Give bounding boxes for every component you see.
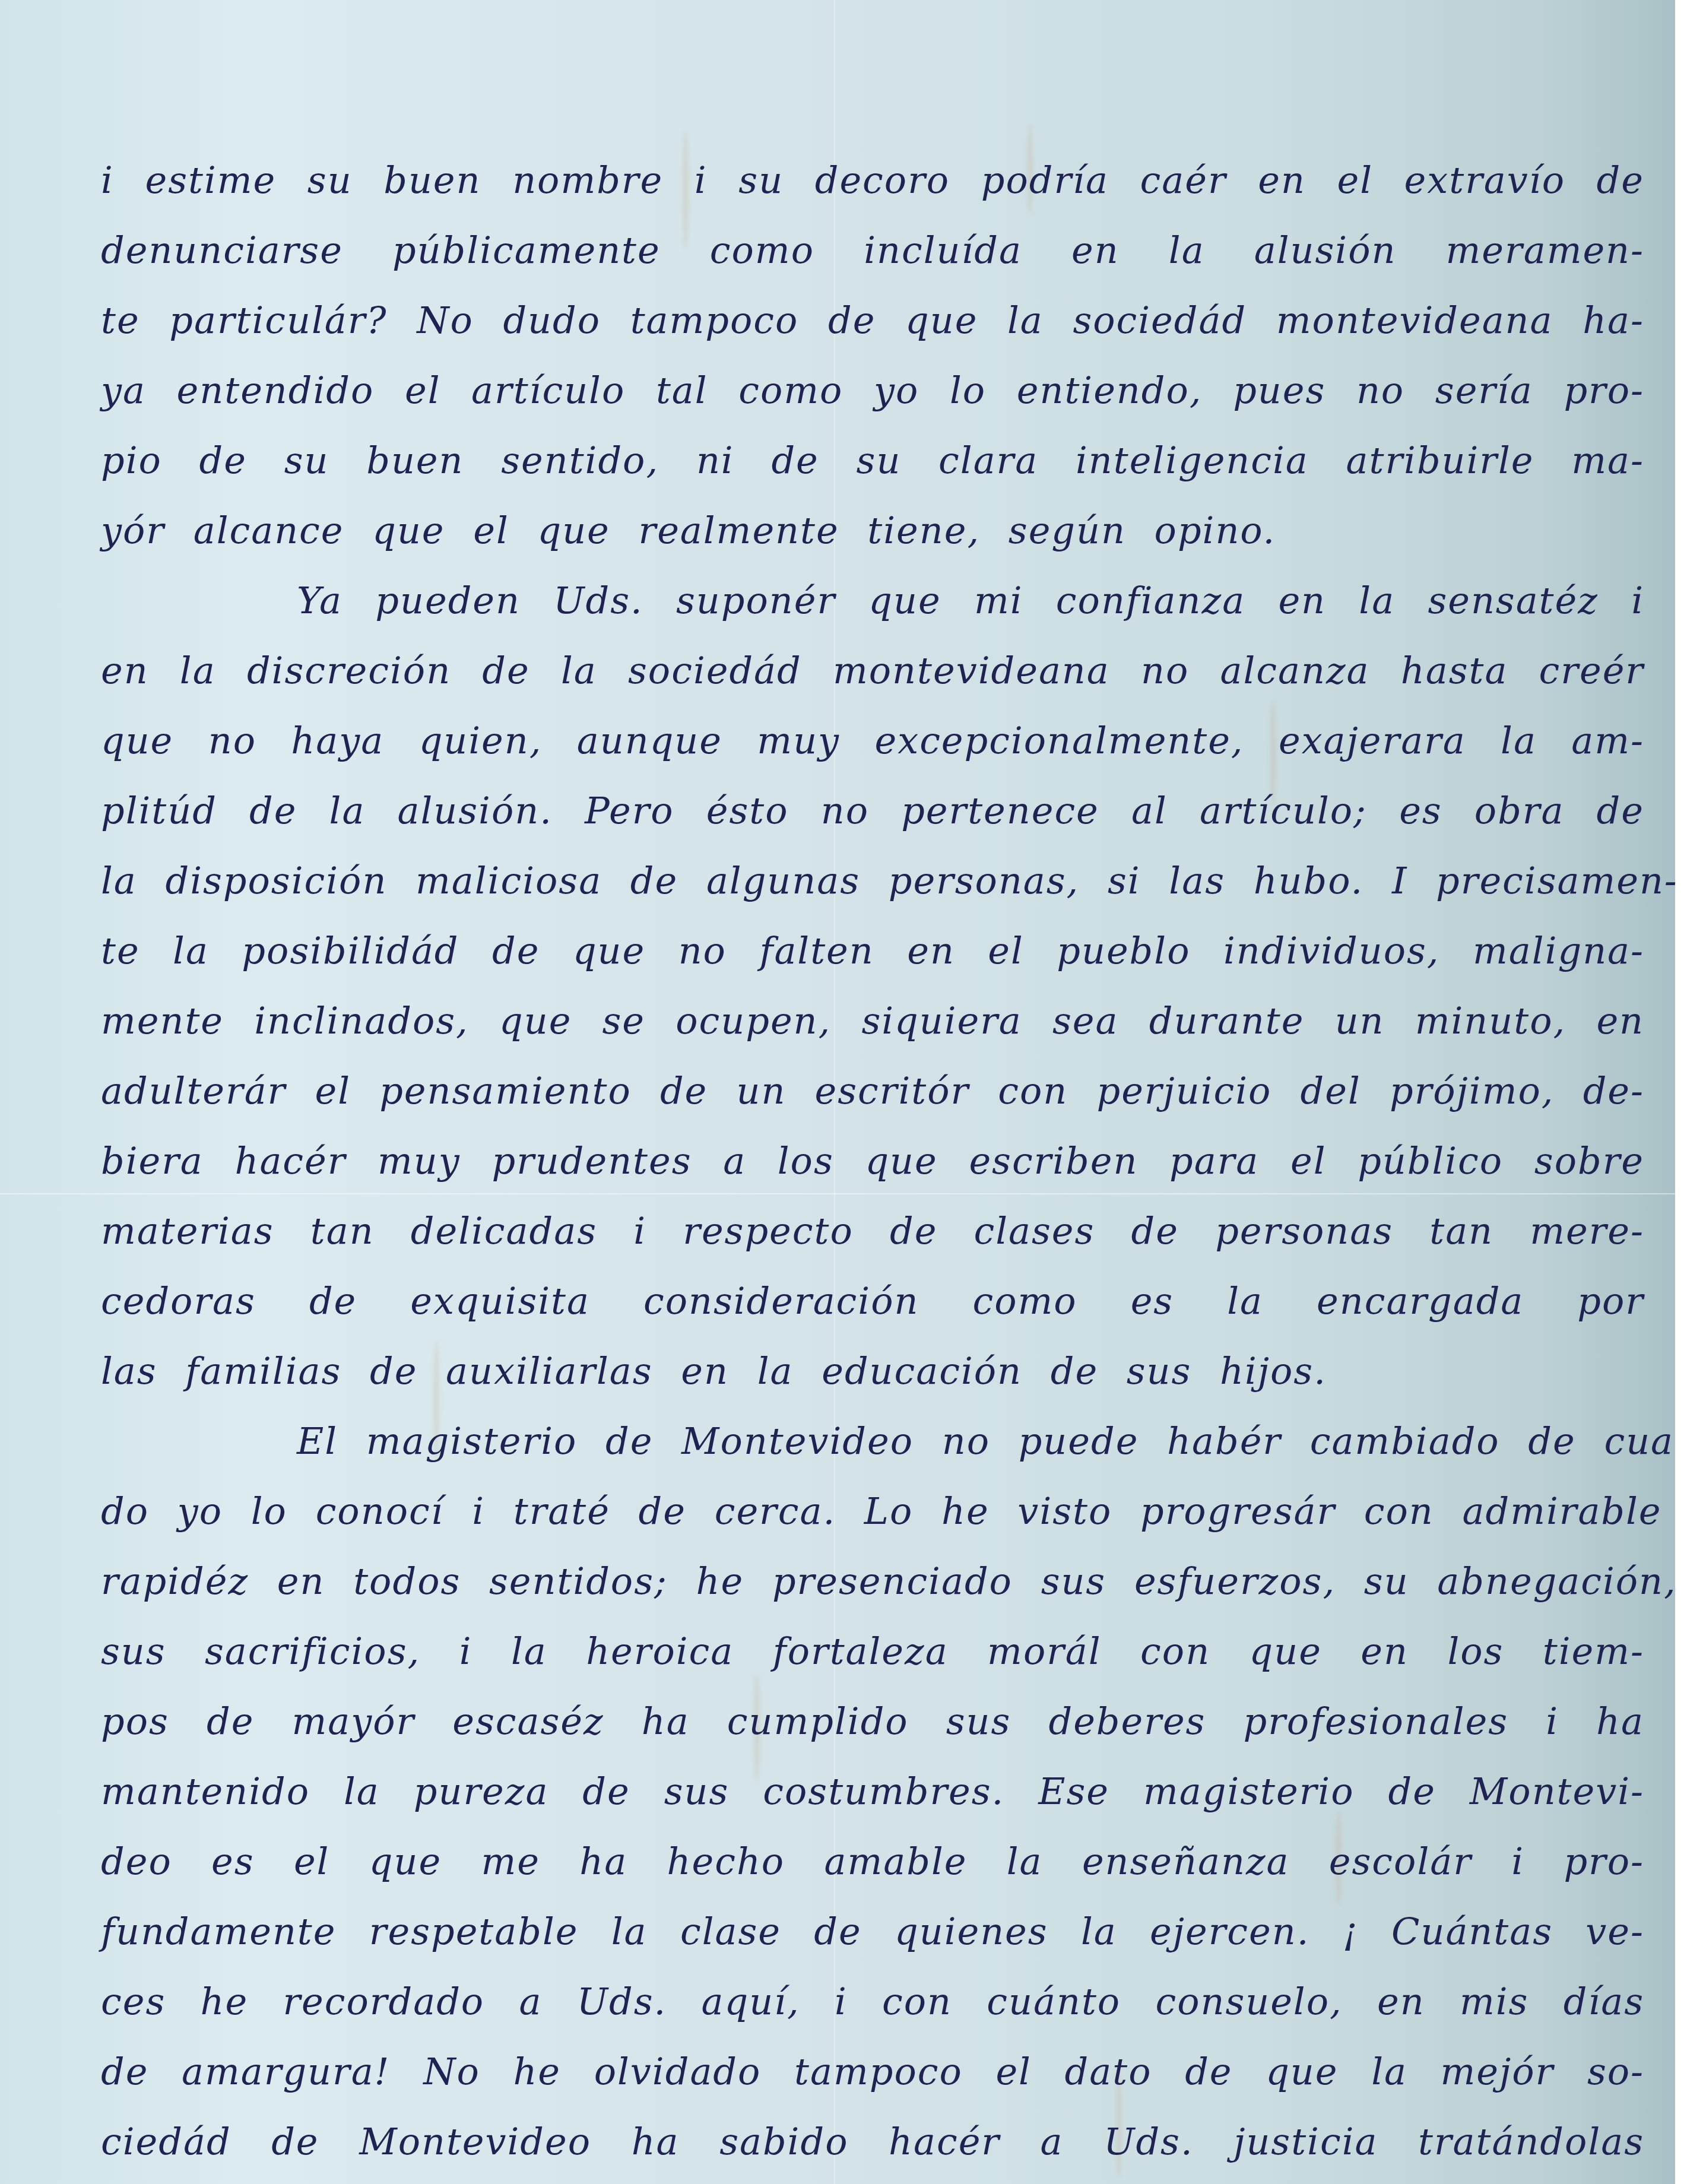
text-line: de amargura! No he olvidado tampoco el d… [101,2037,1644,2107]
letter-page: i estime su buen nombre i su decoro podr… [0,0,1675,2184]
text-line: biera hacér muy prudentes a los que escr… [101,1126,1644,1196]
text-line: do yo lo conocí i traté de cerca. Lo he … [101,1476,1644,1546]
paragraph: El magisterio de Montevideo no puede hab… [101,1406,1644,2177]
text-line: ces he recordado a Uds. aquí, i con cuán… [101,1967,1644,2037]
text-line: El magisterio de Montevideo no puede hab… [101,1406,1644,1476]
text-line: Ya pueden Uds. suponér que mi confianza … [101,566,1644,636]
letter-body: i estime su buen nombre i su decoro podr… [101,145,1644,2177]
text-line: te la posibilidád de que no falten en el… [101,916,1644,986]
text-line: i estime su buen nombre i su decoro podr… [101,145,1644,215]
text-line: adulterár el pensamiento de un escritór … [101,1056,1644,1126]
text-line: denunciarse públicamente como incluída e… [101,215,1644,286]
text-line: las familias de auxiliarlas en la educac… [101,1336,1644,1406]
text-line: la disposición maliciosa de algunas pers… [101,846,1644,916]
text-line: rapidéz en todos sentidos; he presenciad… [101,1546,1644,1616]
text-line: pio de su buen sentido, ni de su clara i… [101,426,1644,496]
text-line: materias tan delicadas i respecto de cla… [101,1196,1644,1266]
paragraph: i estime su buen nombre i su decoro podr… [101,145,1644,566]
text-line: mantenido la pureza de sus costumbres. E… [101,1757,1644,1827]
text-line: cedoras de exquisita consideración como … [101,1266,1644,1336]
text-line: mente inclinados, que se ocupen, siquier… [101,986,1644,1056]
text-line: plitúd de la alusión. Pero ésto no perte… [101,776,1644,846]
text-line: ya entendido el artículo tal como yo lo … [101,356,1644,426]
text-line: yór alcance que el que realmente tiene, … [101,496,1644,566]
paragraph: Ya pueden Uds. suponér que mi confianza … [101,566,1644,1406]
text-line: sus sacrificios, i la heroica fortaleza … [101,1616,1644,1687]
text-line: que no haya quien, aunque muy excepciona… [101,706,1644,776]
text-line: fundamente respetable la clase de quiene… [101,1897,1644,1967]
text-line: deo es el que me ha hecho amable la ense… [101,1827,1644,1897]
text-line: ciedád de Montevideo ha sabido hacér a U… [101,2107,1644,2177]
text-line: te particulár? No dudo tampoco de que la… [101,286,1644,356]
text-line: pos de mayór escaséz ha cumplido sus deb… [101,1687,1644,1757]
text-line: en la discreción de la sociedád montevid… [101,636,1644,706]
